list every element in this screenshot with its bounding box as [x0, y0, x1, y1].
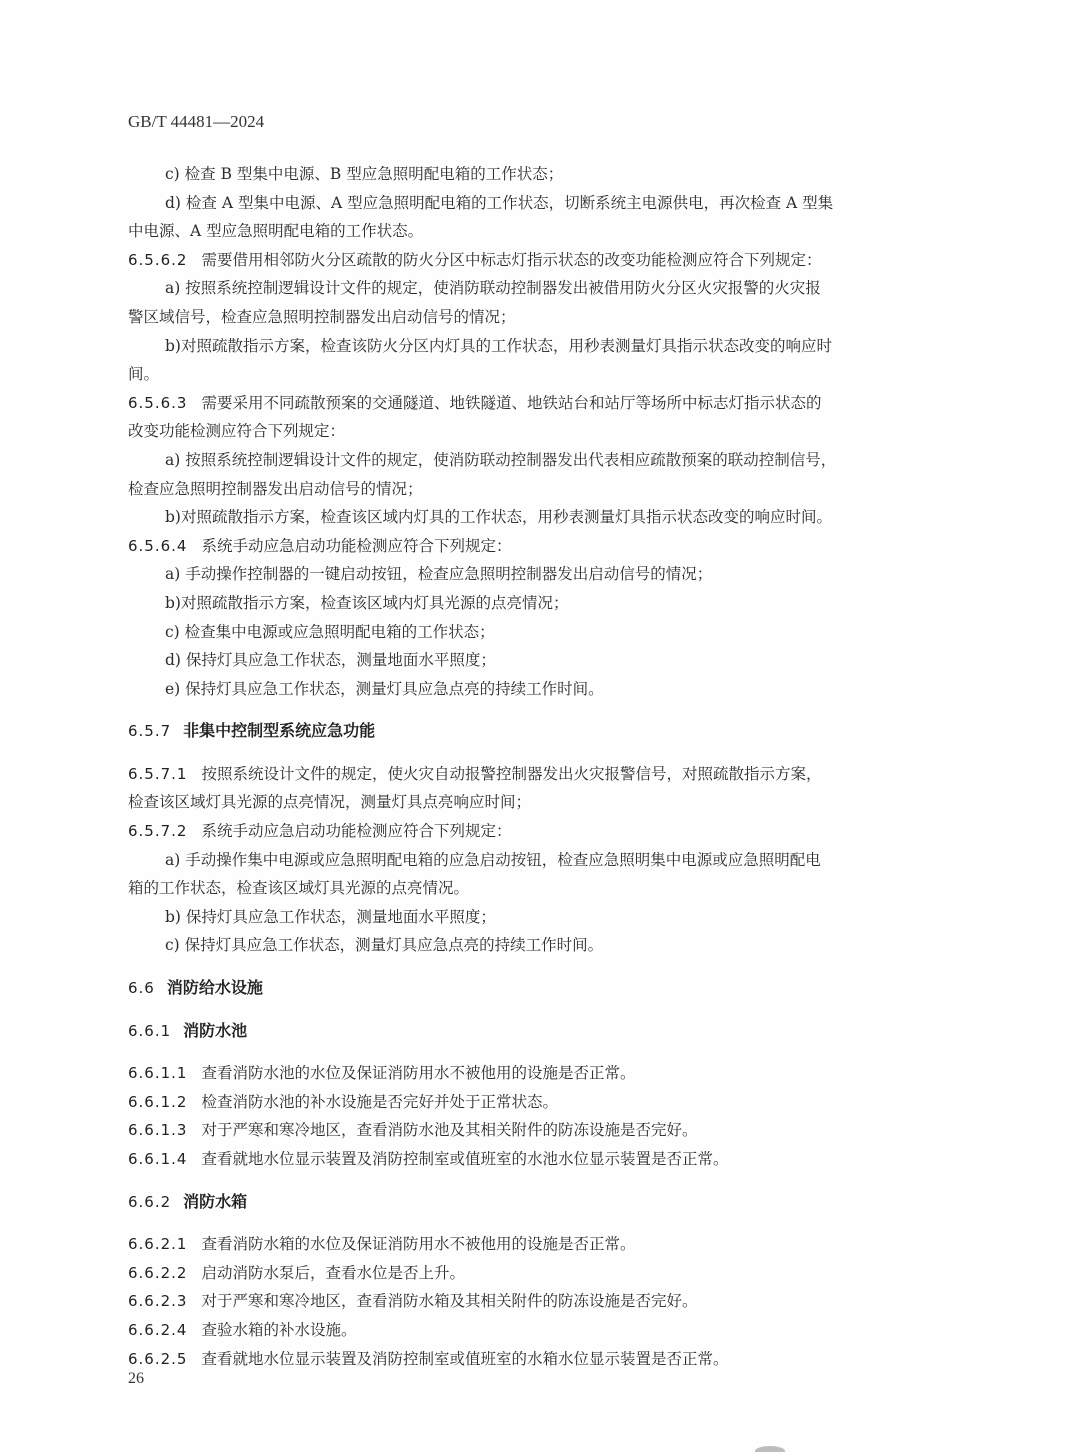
- item-text: 手动操作集中电源或应急照明配电箱的应急启动按钮，检查应急照明集中电源或应急照明配…: [185, 851, 821, 869]
- section-title: 消防给水设施: [167, 978, 263, 997]
- item-text: 对照疏散指示方案，检查该防火分区内灯具的工作状态，用秒表测量灯具指示状态改变的响…: [181, 337, 832, 355]
- clause-text: 对于严寒和寒冷地区，查看消防水箱及其相关附件的防冻设施是否完好。: [201, 1292, 697, 1310]
- standard-number-header: GB/T 44481—2024: [128, 112, 264, 132]
- page-number: 26: [128, 1370, 144, 1388]
- section-number: 6.5.7: [128, 717, 171, 746]
- list-item-c: c) 保持灯具应急工作状态，测量灯具应急点亮的持续工作时间。: [128, 931, 978, 960]
- section-number: 6.6.1: [128, 1017, 171, 1046]
- section-heading-6-5-7: 6.5.7非集中控制型系统应急功能: [128, 717, 978, 746]
- list-item-a: a) 按照系统控制逻辑设计文件的规定，使消防联动控制器发出代表相应疏散预案的联动…: [128, 446, 978, 475]
- clause-6-6-1-4: 6.6.1.4查看就地水位显示装置及消防控制室或值班室的水池水位显示装置是否正常…: [128, 1145, 978, 1174]
- item-label: b): [165, 908, 181, 926]
- clause-text: 查看消防水池的水位及保证消防用水不被他用的设施是否正常。: [201, 1064, 635, 1082]
- clause-text: 对于严寒和寒冷地区，查看消防水池及其相关附件的防冻设施是否完好。: [201, 1121, 697, 1139]
- clause-text: 需要借用相邻防火分区疏散的防火分区中标志灯指示状态的改变功能检测应符合下列规定：: [201, 251, 821, 269]
- item-label: c): [165, 623, 180, 641]
- section-heading-6-6: 6.6消防给水设施: [128, 974, 978, 1003]
- clause-6-6-1-2: 6.6.1.2检查消防水池的补水设施是否完好并处于正常状态。: [128, 1088, 978, 1117]
- scan-artifact: [755, 1446, 785, 1452]
- list-item-d: d) 保持灯具应急工作状态，测量地面水平照度；: [128, 646, 978, 675]
- list-item-c: c) 检查集中电源或应急照明配电箱的工作状态；: [128, 618, 978, 647]
- list-item-b: b)对照疏散指示方案，检查该区域内灯具的工作状态，用秒表测量灯具指示状态改变的响…: [128, 503, 978, 532]
- item-text: 按照系统控制逻辑设计文件的规定，使消防联动控制器发出代表相应疏散预案的联动控制信…: [185, 451, 836, 469]
- clause-6-6-2-3: 6.6.2.3对于严寒和寒冷地区，查看消防水箱及其相关附件的防冻设施是否完好。: [128, 1287, 978, 1316]
- item-label: b): [165, 508, 181, 526]
- item-text: 保持灯具应急工作状态，测量灯具应急点亮的持续工作时间。: [185, 936, 604, 954]
- list-item-d-continuation: 中电源、A 型应急照明配电箱的工作状态。: [128, 217, 978, 246]
- clause-number: 6.5.7.1: [128, 760, 187, 789]
- item-text: 保持灯具应急工作状态，测量地面水平照度；: [186, 651, 496, 669]
- list-item-d: d) 检查 A 型集中电源、A 型应急照明配电箱的工作状态，切断系统主电源供电，…: [128, 189, 978, 218]
- item-label: c): [165, 936, 180, 954]
- section-title: 消防水池: [183, 1021, 247, 1040]
- section-heading-6-6-2: 6.6.2消防水箱: [128, 1188, 978, 1217]
- clause-6-6-2-1: 6.6.2.1查看消防水箱的水位及保证消防用水不被他用的设施是否正常。: [128, 1230, 978, 1259]
- clause-text: 查看消防水箱的水位及保证消防用水不被他用的设施是否正常。: [201, 1235, 635, 1253]
- list-item-c: c) 检查 B 型集中电源、B 型应急照明配电箱的工作状态；: [128, 160, 978, 189]
- clause-number: 6.6.1.4: [128, 1145, 187, 1174]
- item-label: d): [165, 651, 181, 669]
- item-text: 对照疏散指示方案，检查该区域内灯具的工作状态，用秒表测量灯具指示状态改变的响应时…: [181, 508, 832, 526]
- list-item-b: b) 保持灯具应急工作状态，测量地面水平照度；: [128, 903, 978, 932]
- document-body: c) 检查 B 型集中电源、B 型应急照明配电箱的工作状态； d) 检查 A 型…: [128, 160, 978, 1373]
- clause-text: 查看就地水位显示装置及消防控制室或值班室的水箱水位显示装置是否正常。: [201, 1350, 728, 1368]
- item-label: d): [165, 194, 181, 212]
- clause-text: 系统手动应急启动功能检测应符合下列规定：: [201, 537, 511, 555]
- clause-6-5-7-2: 6.5.7.2系统手动应急启动功能检测应符合下列规定：: [128, 817, 978, 846]
- clause-number: 6.5.6.3: [128, 389, 187, 418]
- item-text: 保持灯具应急工作状态，测量地面水平照度；: [186, 908, 496, 926]
- clause-text: 查验水箱的补水设施。: [201, 1321, 356, 1339]
- item-text: 检查集中电源或应急照明配电箱的工作状态；: [185, 623, 495, 641]
- section-title: 消防水箱: [183, 1192, 247, 1211]
- list-item-a-continuation: 检查应急照明控制器发出启动信号的情况；: [128, 475, 978, 504]
- clause-6-5-6-3: 6.5.6.3需要采用不同疏散预案的交通隧道、地铁隧道、地铁站台和站厅等场所中标…: [128, 389, 978, 418]
- document-page: GB/T 44481—2024 c) 检查 B 型集中电源、B 型应急照明配电箱…: [0, 0, 1080, 1452]
- clause-6-6-1-1: 6.6.1.1查看消防水池的水位及保证消防用水不被他用的设施是否正常。: [128, 1059, 978, 1088]
- item-label: b): [165, 594, 181, 612]
- list-item-b: b)对照疏散指示方案，检查该区域内灯具光源的点亮情况；: [128, 589, 978, 618]
- item-text: 保持灯具应急工作状态，测量灯具应急点亮的持续工作时间。: [185, 680, 604, 698]
- clause-text: 查看就地水位显示装置及消防控制室或值班室的水池水位显示装置是否正常。: [201, 1150, 728, 1168]
- clause-text: 检查消防水池的补水设施是否完好并处于正常状态。: [201, 1093, 558, 1111]
- item-text: 检查 B 型集中电源、B 型应急照明配电箱的工作状态；: [185, 165, 564, 183]
- list-item-a-continuation: 箱的工作状态，检查该区域灯具光源的点亮情况。: [128, 874, 978, 903]
- section-number: 6.6: [128, 974, 155, 1003]
- clause-number: 6.6.1.2: [128, 1088, 187, 1117]
- list-item-a: a) 按照系统控制逻辑设计文件的规定，使消防联动控制器发出被借用防火分区火灾报警…: [128, 274, 978, 303]
- item-text: 对照疏散指示方案，检查该区域内灯具光源的点亮情况；: [181, 594, 569, 612]
- clause-text: 需要采用不同疏散预案的交通隧道、地铁隧道、地铁站台和站厅等场所中标志灯指示状态的: [201, 394, 821, 412]
- clause-number: 6.6.2.4: [128, 1316, 187, 1345]
- section-number: 6.6.2: [128, 1188, 171, 1217]
- clause-number: 6.6.2.5: [128, 1345, 187, 1374]
- item-label: e): [165, 680, 180, 698]
- item-label: a): [165, 451, 180, 469]
- item-label: a): [165, 279, 180, 297]
- clause-number: 6.5.7.2: [128, 817, 187, 846]
- clause-number: 6.6.1.1: [128, 1059, 187, 1088]
- list-item-e: e) 保持灯具应急工作状态，测量灯具应急点亮的持续工作时间。: [128, 675, 978, 704]
- clause-number: 6.5.6.4: [128, 532, 187, 561]
- item-label: a): [165, 565, 180, 583]
- clause-text: 按照系统设计文件的规定，使火灾自动报警控制器发出火灾报警信号，对照疏散指示方案，: [201, 765, 821, 783]
- item-label: a): [165, 851, 180, 869]
- item-label: b): [165, 337, 181, 355]
- clause-text: 系统手动应急启动功能检测应符合下列规定：: [201, 822, 511, 840]
- item-text: 检查 A 型集中电源、A 型应急照明配电箱的工作状态，切断系统主电源供电，再次检…: [186, 194, 833, 212]
- clause-6-6-2-2: 6.6.2.2启动消防水泵后，查看水位是否上升。: [128, 1259, 978, 1288]
- clause-number: 6.6.1.3: [128, 1116, 187, 1145]
- list-item-a: a) 手动操作集中电源或应急照明配电箱的应急启动按钮，检查应急照明集中电源或应急…: [128, 846, 978, 875]
- clause-continuation: 检查该区域灯具光源的点亮情况，测量灯具点亮响应时间；: [128, 788, 978, 817]
- clause-text: 启动消防水泵后，查看水位是否上升。: [201, 1264, 465, 1282]
- clause-6-5-7-1: 6.5.7.1按照系统设计文件的规定，使火灾自动报警控制器发出火灾报警信号，对照…: [128, 760, 978, 789]
- list-item-b-continuation: 间。: [128, 360, 978, 389]
- clause-number: 6.6.2.3: [128, 1287, 187, 1316]
- clause-6-5-6-4: 6.5.6.4系统手动应急启动功能检测应符合下列规定：: [128, 532, 978, 561]
- clause-6-6-1-3: 6.6.1.3对于严寒和寒冷地区，查看消防水池及其相关附件的防冻设施是否完好。: [128, 1116, 978, 1145]
- section-heading-6-6-1: 6.6.1消防水池: [128, 1017, 978, 1046]
- clause-6-6-2-4: 6.6.2.4查验水箱的补水设施。: [128, 1316, 978, 1345]
- clause-continuation: 改变功能检测应符合下列规定：: [128, 417, 978, 446]
- item-text: 按照系统控制逻辑设计文件的规定，使消防联动控制器发出被借用防火分区火灾报警的火灾…: [185, 279, 821, 297]
- list-item-b: b)对照疏散指示方案，检查该防火分区内灯具的工作状态，用秒表测量灯具指示状态改变…: [128, 332, 978, 361]
- clause-6-6-2-5: 6.6.2.5查看就地水位显示装置及消防控制室或值班室的水箱水位显示装置是否正常…: [128, 1345, 978, 1374]
- list-item-a-continuation: 警区域信号，检查应急照明控制器发出启动信号的情况；: [128, 303, 978, 332]
- clause-number: 6.6.2.2: [128, 1259, 187, 1288]
- list-item-a: a) 手动操作控制器的一键启动按钮，检查应急照明控制器发出启动信号的情况；: [128, 560, 978, 589]
- clause-number: 6.6.2.1: [128, 1230, 187, 1259]
- item-text: 手动操作控制器的一键启动按钮，检查应急照明控制器发出启动信号的情况；: [185, 565, 712, 583]
- item-label: c): [165, 165, 180, 183]
- clause-6-5-6-2: 6.5.6.2需要借用相邻防火分区疏散的防火分区中标志灯指示状态的改变功能检测应…: [128, 246, 978, 275]
- clause-number: 6.5.6.2: [128, 246, 187, 275]
- section-title: 非集中控制型系统应急功能: [183, 721, 375, 740]
